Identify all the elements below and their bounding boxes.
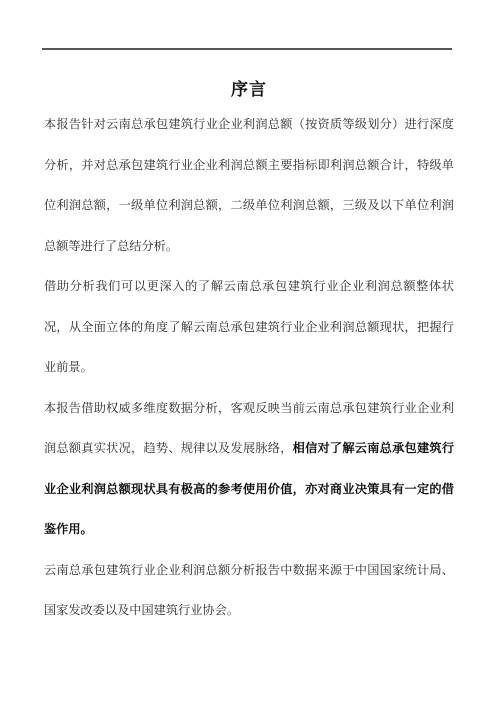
bold-text-run: 鉴作用。	[44, 522, 93, 536]
text-run: 云南总承包建筑行业企业利润总额分析报告中数据来源于中国国家统计局、	[44, 563, 454, 577]
text-run: 分析，并对总承包建筑行业企业利润总额主要指标即利润总额合计，特级单	[44, 158, 454, 172]
text-run: 总额等进行了总结分析。	[44, 239, 178, 253]
paragraph: 云南总承包建筑行业企业利润总额分析报告中数据来源于中国国家统计局、国家发改委以及…	[44, 550, 454, 631]
paragraph: 本报告借助权威多维度数据分析，客观反映当前云南总承包建筑行业企业利润总额真实状况…	[44, 388, 454, 550]
text-run: 借助分析我们可以更深入的了解云南总承包建筑行业企业利润总额整体状	[44, 279, 454, 293]
text-line: 总额等进行了总结分析。	[44, 226, 454, 267]
text-line: 本报告借助权威多维度数据分析，客观反映当前云南总承包建筑行业企业利	[44, 388, 454, 429]
text-line: 业前景。	[44, 347, 454, 388]
text-line: 业企业利润总额现状具有极高的参考使用价值，亦对商业决策具有一定的借	[44, 469, 454, 510]
text-line: 位利润总额，一级单位利润总额，二级单位利润总额，三级及以下单位利润	[44, 185, 454, 226]
text-run: 况，从全面立体的角度了解云南总承包建筑行业企业利润总额现状，把握行	[44, 320, 454, 334]
text-run: 业前景。	[44, 360, 93, 374]
text-line: 云南总承包建筑行业企业利润总额分析报告中数据来源于中国国家统计局、	[44, 550, 454, 591]
document-body: 本报告针对云南总承包建筑行业企业利润总额（按资质等级划分）进行深度分析，并对总承…	[44, 104, 454, 631]
text-run: 位利润总额，一级单位利润总额，二级单位利润总额，三级及以下单位利润	[44, 198, 454, 212]
text-run: 本报告针对云南总承包建筑行业企业利润总额（按资质等级划分）进行深度	[44, 117, 454, 131]
bold-text-run: 相信对了解云南总承包建筑行	[293, 441, 454, 455]
text-line: 况，从全面立体的角度了解云南总承包建筑行业企业利润总额现状，把握行	[44, 307, 454, 348]
bold-text-run: 业企业利润总额现状具有极高的参考使用价值，亦对商业决策具有一定的借	[44, 482, 454, 496]
text-run: 国家发改委以及中国建筑行业协会。	[44, 603, 239, 617]
text-line: 润总额真实状况，趋势、规律以及发展脉络，相信对了解云南总承包建筑行	[44, 428, 454, 469]
text-line: 本报告针对云南总承包建筑行业企业利润总额（按资质等级划分）进行深度	[44, 104, 454, 145]
header-rule-divider	[42, 48, 452, 50]
text-line: 借助分析我们可以更深入的了解云南总承包建筑行业企业利润总额整体状	[44, 266, 454, 307]
paragraph: 借助分析我们可以更深入的了解云南总承包建筑行业企业利润总额整体状况，从全面立体的…	[44, 266, 454, 388]
text-line: 鉴作用。	[44, 509, 454, 550]
document-page: 序言 本报告针对云南总承包建筑行业企业利润总额（按资质等级划分）进行深度分析，并…	[0, 0, 496, 701]
text-line: 分析，并对总承包建筑行业企业利润总额主要指标即利润总额合计，特级单	[44, 145, 454, 186]
page-title: 序言	[44, 77, 454, 103]
paragraph: 本报告针对云南总承包建筑行业企业利润总额（按资质等级划分）进行深度分析，并对总承…	[44, 104, 454, 266]
text-run: 润总额真实状况，趋势、规律以及发展脉络，	[44, 441, 293, 455]
text-run: 本报告借助权威多维度数据分析，客观反映当前云南总承包建筑行业企业利	[44, 401, 454, 415]
text-line: 国家发改委以及中国建筑行业协会。	[44, 590, 454, 631]
